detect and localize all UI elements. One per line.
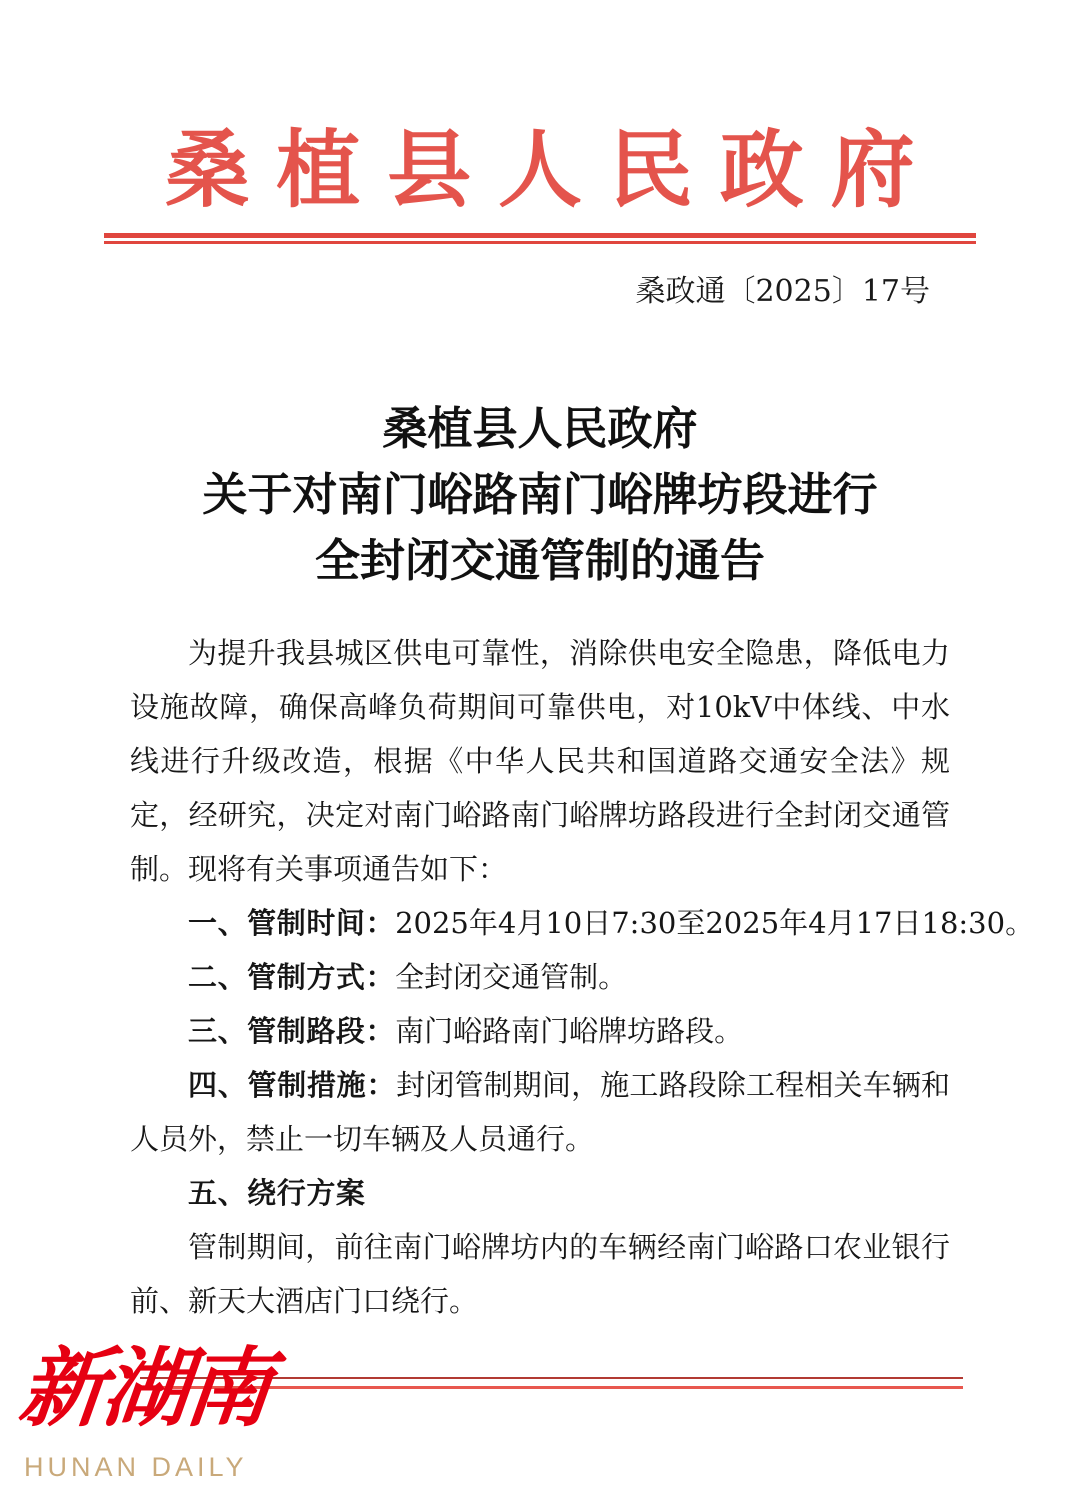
letterhead-rule-thin — [104, 241, 976, 244]
notice-item-1: 一、管制时间：2025年4月10日7:30至2025年4月17日18:30。 — [130, 896, 950, 950]
letterhead-rule-thick — [104, 233, 976, 238]
item-2-text: 全封闭交通管制。 — [395, 960, 627, 994]
letterhead: 桑植县人民政府 — [0, 120, 1080, 221]
notice-item-3: 三、管制路段：南门峪路南门峪牌坊路段。 — [130, 1004, 950, 1058]
hunan-daily-logo-en: HUNAN DAILY — [24, 1452, 248, 1483]
notice-item-5: 五、绕行方案 — [130, 1166, 950, 1220]
notice-item-4: 四、管制措施：封闭管制期间，施工路段除工程相关车辆和人员外，禁止一切车辆及人员通… — [130, 1058, 950, 1166]
letterhead-agency-name: 桑植县人民政府 — [165, 120, 941, 219]
item-4-label: 四、管制措施： — [188, 1068, 396, 1102]
item-3-label: 三、管制路段： — [188, 1014, 395, 1048]
hunan-daily-logo-cn: 新湖南 — [15, 1338, 274, 1441]
letterhead-rule — [104, 233, 976, 244]
document-page: 桑植县人民政府 桑政通〔2025〕17号 桑植县人民政府 关于对南门峪路南门峪牌… — [0, 0, 1080, 1485]
notice-item-2: 二、管制方式：全封闭交通管制。 — [130, 950, 950, 1004]
notice-title: 桑植县人民政府 关于对南门峪路南门峪牌坊段进行 全封闭交通管制的通告 — [0, 396, 1080, 594]
detour-paragraph: 管制期间，前往南门峪牌坊内的车辆经南门峪路口农业银行前、新天大酒店门口绕行。 — [130, 1220, 950, 1328]
item-2-label: 二、管制方式： — [188, 960, 395, 994]
item-1-label: 一、管制时间： — [188, 906, 395, 940]
item-5-label: 五、绕行方案 — [188, 1176, 365, 1210]
intro-paragraph: 为提升我县城区供电可靠性，消除供电安全隐患，降低电力设施故障，确保高峰负荷期间可… — [130, 626, 950, 896]
item-1-text: 2025年4月10日7:30至2025年4月17日18:30。 — [395, 906, 1034, 940]
notice-body: 为提升我县城区供电可靠性，消除供电安全隐患，降低电力设施故障，确保高峰负荷期间可… — [130, 626, 950, 1328]
notice-title-line2: 关于对南门峪路南门峪牌坊段进行 — [0, 462, 1080, 528]
item-3-text: 南门峪路南门峪牌坊路段。 — [395, 1014, 743, 1048]
notice-title-line3: 全封闭交通管制的通告 — [0, 528, 1080, 594]
notice-title-line1: 桑植县人民政府 — [0, 396, 1080, 462]
doc-number: 桑政通〔2025〕17号 — [0, 266, 1080, 310]
